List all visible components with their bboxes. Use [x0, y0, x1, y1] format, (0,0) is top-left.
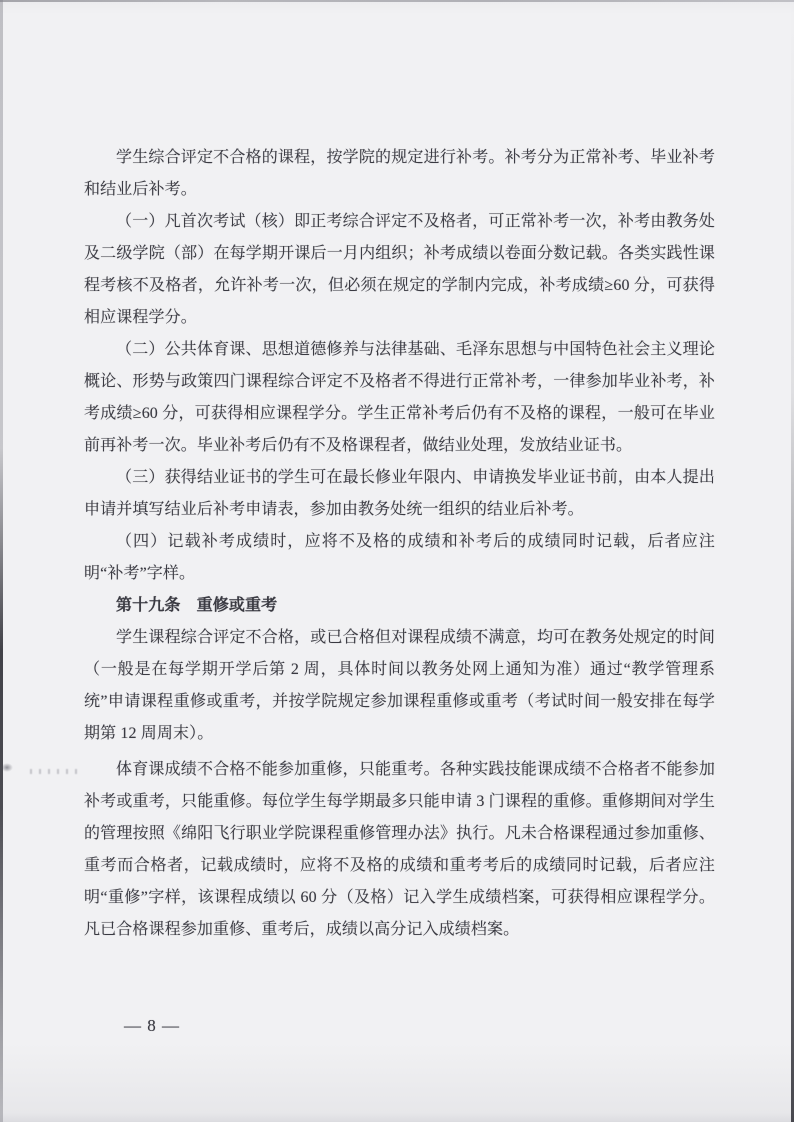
page-number: — 8 —	[124, 1010, 180, 1042]
paragraph-item-3-completion-certificate: （三）获得结业证书的学生可在最长修业年限内、申请换发毕业证书前，由本人提出申请并…	[84, 462, 715, 526]
document-body: 学生综合评定不合格的课程，按学院的规定进行补考。补考分为正常补考、毕业补考和结业…	[84, 142, 715, 946]
paragraph-retake-application: 学生课程综合评定不合格，或已合格但对课程成绩不满意，均可在教务处规定的时间（一般…	[84, 622, 715, 750]
article-19-heading: 第十九条 重修或重考	[84, 590, 715, 622]
paragraph-item-2-public-courses: （二）公共体育课、思想道德修养与法律基础、毛泽东思想与中国特色社会主义理论概论、…	[84, 334, 715, 462]
scan-smudge-mark	[30, 769, 82, 774]
paragraph-intro-makeup-exams: 学生综合评定不合格的课程，按学院的规定进行补考。补考分为正常补考、毕业补考和结业…	[84, 142, 715, 206]
scan-smudge-mark	[1, 763, 13, 772]
scanned-document-page: 学生综合评定不合格的课程，按学院的规定进行补考。补考分为正常补考、毕业补考和结业…	[0, 0, 794, 1122]
scan-edge-top	[0, 0, 794, 2]
scan-edge-left	[0, 0, 3, 1122]
paragraph-item-1-normal-makeup: （一）凡首次考试（核）即正考综合评定不及格者，可正常补考一次，补考由教务处及二级…	[84, 206, 715, 334]
paragraph-retake-rules: 体育课成绩不合格不能参加重修，只能重考。各种实践技能课成绩不合格者不能参加补考或…	[84, 754, 715, 946]
paragraph-item-4-score-recording: （四）记载补考成绩时，应将不及格的成绩和补考后的成绩同时记载，后者应注明“补考”…	[84, 526, 715, 590]
